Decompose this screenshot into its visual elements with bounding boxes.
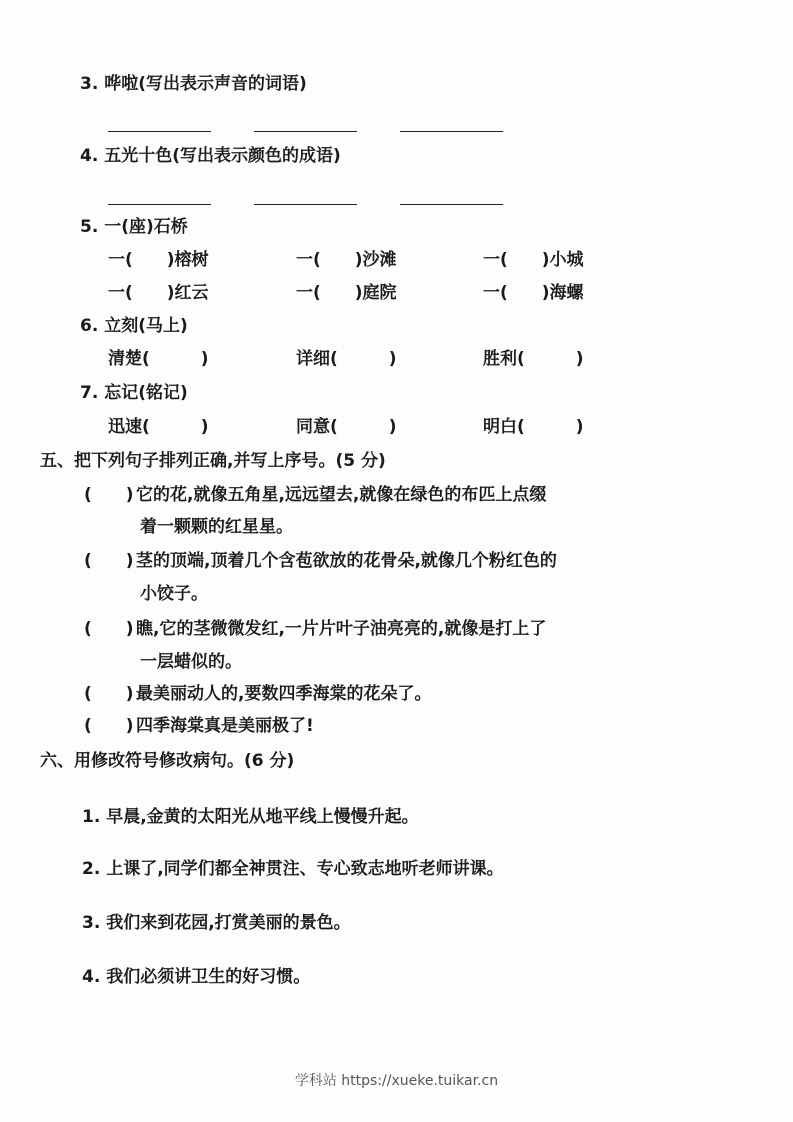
question-3: 3. 哗啦(写出表示声音的词语) <box>80 73 307 95</box>
item-number: 4. <box>82 967 100 987</box>
item-number: 2. <box>82 859 100 879</box>
sentence-text: 瞧,它的茎微微发红,一片片叶子油亮亮的,就像是打上了 <box>136 618 546 640</box>
sentence-text: 茎的顶端,顶着几个含苞欲放的花骨朵,就像几个粉红色的 <box>136 550 557 572</box>
footer-watermark: 学科站 https://xueke.tuikar.cn <box>0 1070 793 1090</box>
section-5-heading: 五、把下列句子排列正确,并写上序号。(5 分) <box>40 450 386 472</box>
fill-item[interactable]: 一( )红云 <box>108 282 209 304</box>
answer-blank[interactable] <box>108 204 211 205</box>
sick-sentence-2[interactable]: 2. 上课了,同学们都全神贯注、专心致志地听老师讲课。 <box>82 858 504 880</box>
fill-item[interactable]: 同意( ) <box>296 416 397 438</box>
sentence-text: 它的花,就像五角星,远远望去,就像在绿色的布匹上点缀 <box>136 484 546 506</box>
sentence-text-cont: 着一颗颗的红星星。 <box>140 516 293 538</box>
question-text: 忘记(铭记) <box>104 383 188 403</box>
fill-item[interactable]: 一( )海螺 <box>483 282 584 304</box>
question-number: 3. <box>80 74 98 94</box>
question-text: 立刻(马上) <box>104 316 188 336</box>
question-number: 7. <box>80 383 98 403</box>
question-number: 5. <box>80 217 98 237</box>
fill-item[interactable]: 一( )沙滩 <box>296 249 397 271</box>
sick-sentence-1[interactable]: 1. 早晨,金黄的太阳光从地平线上慢慢升起。 <box>82 806 419 828</box>
sick-sentence-3[interactable]: 3. 我们来到花园,打赏美丽的景色。 <box>82 912 351 934</box>
item-text: 我们必须讲卫生的好习惯。 <box>106 967 310 987</box>
item-text: 早晨,金黄的太阳光从地平线上慢慢升起。 <box>106 807 418 827</box>
question-4: 4. 五光十色(写出表示颜色的成语) <box>80 145 341 167</box>
fill-item[interactable]: 一( )小城 <box>483 249 584 271</box>
answer-blank[interactable] <box>400 204 503 205</box>
question-text: 五光十色(写出表示颜色的成语) <box>104 146 341 166</box>
answer-blank[interactable] <box>254 131 357 132</box>
fill-item[interactable]: 一( )榕树 <box>108 249 209 271</box>
answer-blank[interactable] <box>400 131 503 132</box>
section-6-heading: 六、用修改符号修改病句。(6 分) <box>40 750 294 772</box>
item-text: 我们来到花园,打赏美丽的景色。 <box>106 913 350 933</box>
fill-item[interactable]: 明白( ) <box>483 416 584 438</box>
sentence-text: 最美丽动人的,要数四季海棠的花朵了。 <box>136 683 431 705</box>
order-paren[interactable]: ( ) <box>84 484 134 506</box>
question-text: 一(座)石桥 <box>104 217 188 237</box>
order-paren[interactable]: ( ) <box>84 715 134 737</box>
fill-item[interactable]: 清楚( ) <box>108 348 209 370</box>
item-text: 上课了,同学们都全神贯注、专心致志地听老师讲课。 <box>106 859 503 879</box>
sentence-text: 四季海棠真是美丽极了! <box>136 715 314 737</box>
question-6: 6. 立刻(马上) <box>80 315 188 337</box>
order-paren[interactable]: ( ) <box>84 550 134 572</box>
question-number: 6. <box>80 316 98 336</box>
order-paren[interactable]: ( ) <box>84 683 134 705</box>
question-number: 4. <box>80 146 98 166</box>
sick-sentence-4[interactable]: 4. 我们必须讲卫生的好习惯。 <box>82 966 310 988</box>
order-paren[interactable]: ( ) <box>84 618 134 640</box>
fill-item[interactable]: 迅速( ) <box>108 416 209 438</box>
sentence-text-cont: 一层蜡似的。 <box>140 651 242 673</box>
item-number: 1. <box>82 807 100 827</box>
question-text: 哗啦(写出表示声音的词语) <box>104 74 307 94</box>
fill-item[interactable]: 胜利( ) <box>483 348 584 370</box>
question-5: 5. 一(座)石桥 <box>80 216 188 238</box>
question-7: 7. 忘记(铭记) <box>80 382 188 404</box>
fill-item[interactable]: 一( )庭院 <box>296 282 397 304</box>
sentence-text-cont: 小饺子。 <box>140 583 208 605</box>
answer-blank[interactable] <box>108 131 211 132</box>
item-number: 3. <box>82 913 100 933</box>
answer-blank[interactable] <box>254 204 357 205</box>
fill-item[interactable]: 详细( ) <box>296 348 397 370</box>
